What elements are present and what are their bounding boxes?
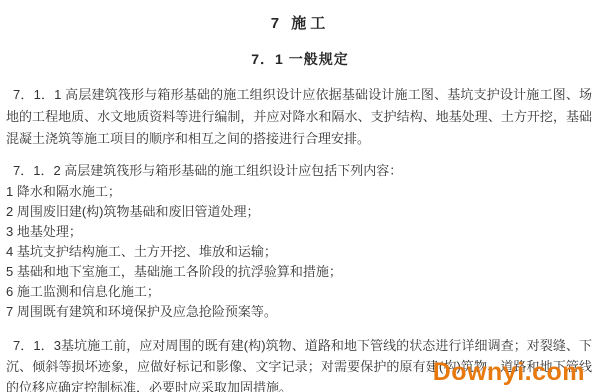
list-item: 3 地基处理； xyxy=(6,222,592,242)
list-item: 5 基础和地下室施工，基础施工各阶段的抗浮验算和措施； xyxy=(6,262,592,282)
list-item: 4 基坑支护结构施工、土方开挖、堆放和运输； xyxy=(6,242,592,262)
list-item: 2 周围废旧建(构)筑物基础和废旧管道处理； xyxy=(6,202,592,222)
chapter-title: 7 施工 xyxy=(0,0,600,33)
watermark: Downyi.com xyxy=(433,358,585,387)
clause-7-1-1: 7．1．1 高层建筑筏形与箱形基础的施工组织设计应依据基础设计施工图、基坑支护设… xyxy=(0,84,600,150)
list-item: 1 降水和隔水施工； xyxy=(6,182,592,202)
clause-7-1-2-list: 1 降水和隔水施工； 2 周围废旧建(构)筑物基础和废旧管道处理； 3 地基处理… xyxy=(0,182,600,322)
list-item: 7 周围既有建筑和环境保护及应急抢险预案等。 xyxy=(6,302,592,322)
list-item: 6 施工监测和信息化施工； xyxy=(6,282,592,302)
section-heading: 7．1 一般规定 xyxy=(0,49,600,69)
document-page: 7 施工 7．1 一般规定 7．1．1 高层建筑筏形与箱形基础的施工组织设计应依… xyxy=(0,0,600,392)
clause-7-1-2: 7．1．2 高层建筑筏形与箱形基础的施工组织设计应包括下列内容： xyxy=(0,160,600,181)
